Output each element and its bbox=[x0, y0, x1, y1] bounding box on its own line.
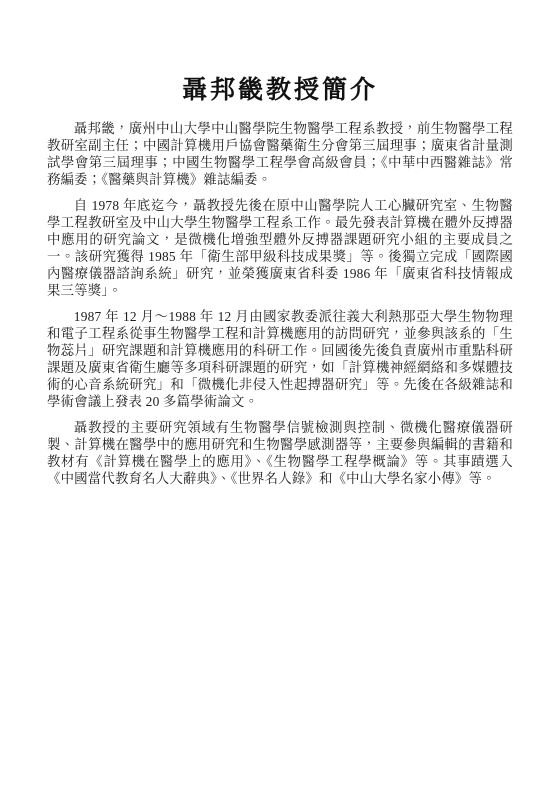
bio-paragraph-2: 自 1978 年底迄今，聶教授先後在原中山醫學院人工心臟研究室、生物醫學工程教研… bbox=[47, 197, 513, 299]
document-page: 聶邦畿教授簡介 聶邦畿，廣州中山大學中山醫學院生物醫學工程系教授，前生物醫學工程… bbox=[0, 0, 560, 792]
bio-paragraph-4: 聶教授的主要研究領域有生物醫學信號檢測與控制、微機化醫療儀器研製、計算機在醫學中… bbox=[47, 419, 513, 487]
bio-paragraph-1: 聶邦畿，廣州中山大學中山醫學院生物醫學工程系教授，前生物醫學工程教研室副主任；中… bbox=[47, 120, 513, 188]
page-title: 聶邦畿教授簡介 bbox=[47, 70, 513, 106]
bio-paragraph-3: 1987 年 12 月～1988 年 12 月由國家教委派往義大利熱那亞大學生物… bbox=[47, 308, 513, 410]
document-body: 聶邦畿，廣州中山大學中山醫學院生物醫學工程系教授，前生物醫學工程教研室副主任；中… bbox=[47, 120, 513, 487]
